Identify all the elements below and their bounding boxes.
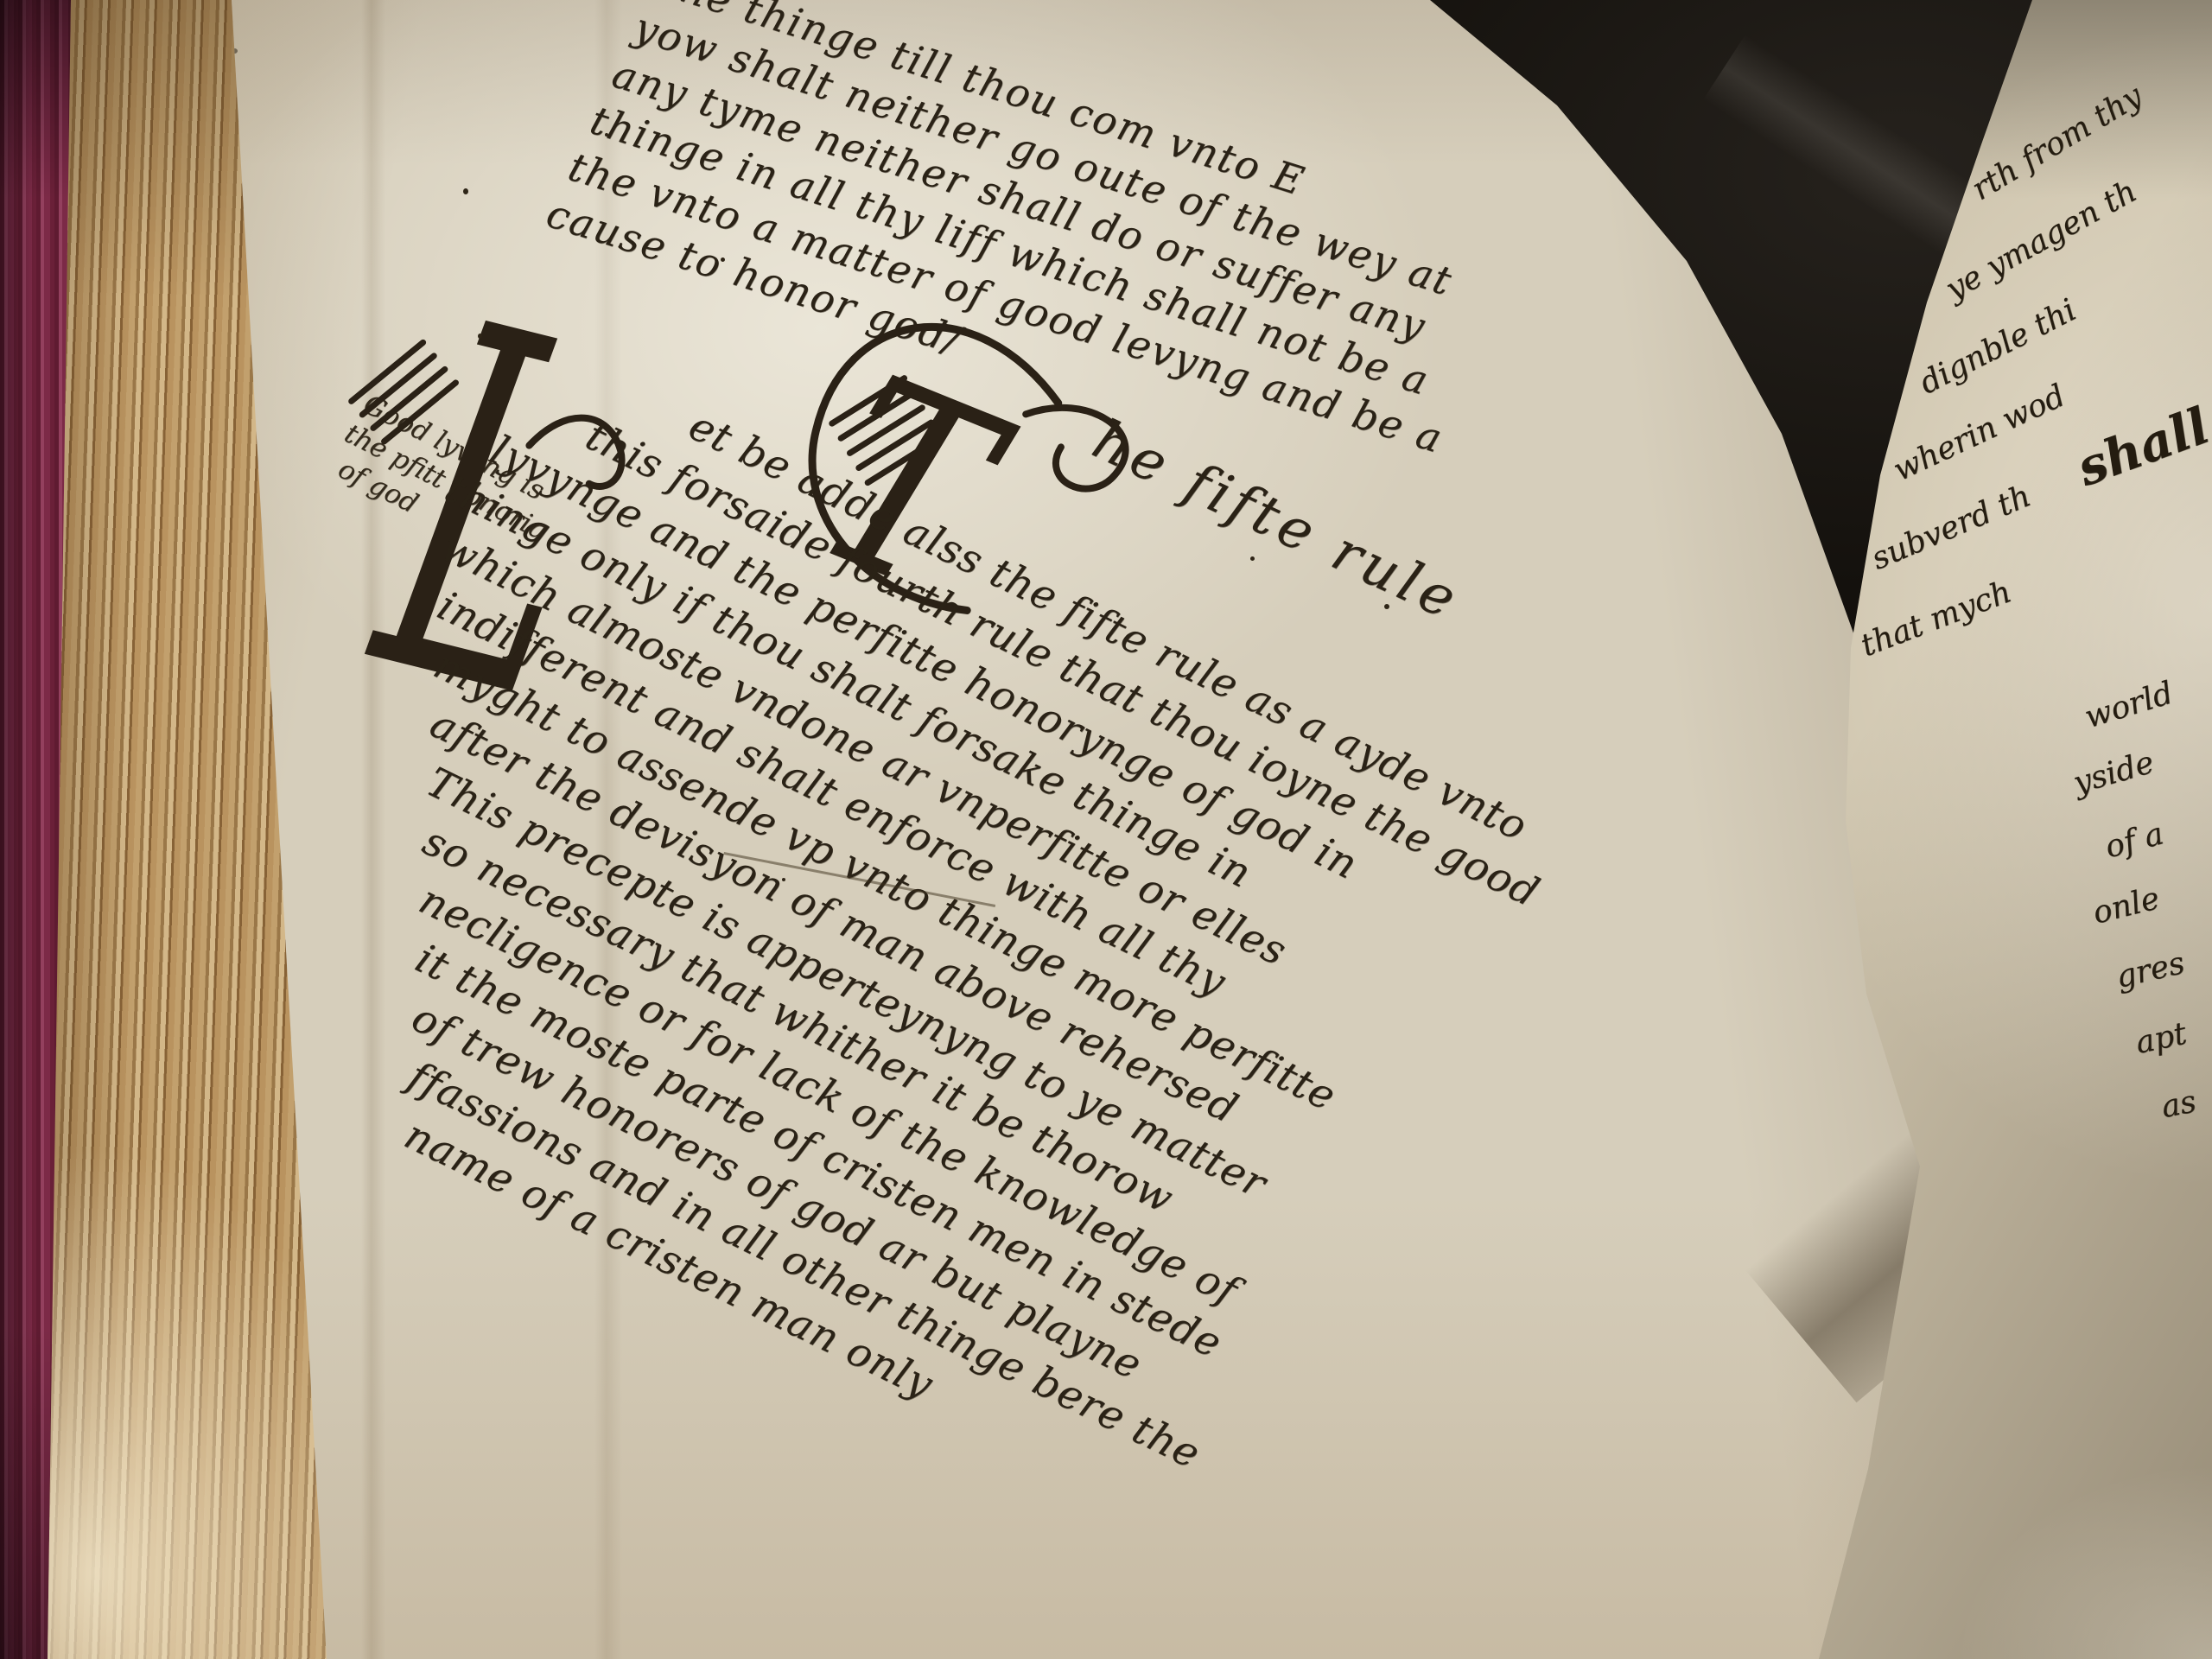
ink-speck	[1384, 604, 1389, 609]
ink-speck	[605, 133, 608, 137]
fragment-line: as	[2158, 1084, 2199, 1125]
ink-speck	[1250, 556, 1255, 561]
ink-speck	[721, 257, 725, 262]
ink-speck	[782, 878, 785, 881]
ink-speck	[463, 188, 468, 194]
photo-open-manuscript-book: ane thinge till thou com vnto E yow shal…	[0, 0, 2212, 1659]
ink-speck	[478, 334, 482, 339]
